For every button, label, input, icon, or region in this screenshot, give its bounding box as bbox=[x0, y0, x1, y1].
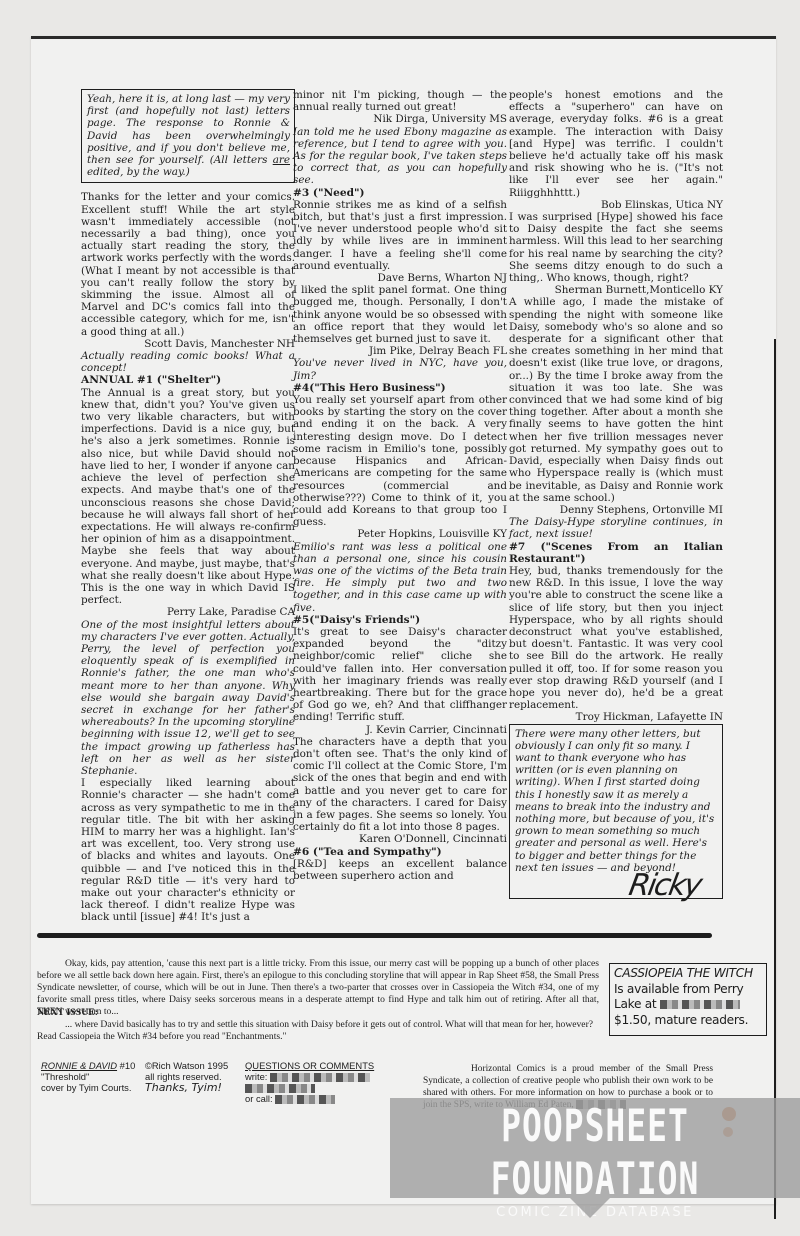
closing-text: There were many other letters, but obvio… bbox=[515, 728, 714, 874]
letter: I was surprised [Hype] showed his face t… bbox=[509, 211, 723, 284]
next-issue-heading: NEXT ISSUE: bbox=[37, 1007, 98, 1018]
book-title: RONNIE & DAVID bbox=[41, 1060, 117, 1071]
issue-heading: ANNUAL #1 ("Shelter") bbox=[81, 374, 295, 386]
watermark-title: POOPSHEET FOUNDATION bbox=[390, 1099, 800, 1204]
thanks-note: Thanks, Tyim! bbox=[145, 1082, 255, 1093]
letter-signature: Denny Stephens, Ortonville MI bbox=[509, 504, 723, 516]
letter: It's great to see Daisy's character expa… bbox=[293, 626, 507, 724]
redacted-address bbox=[245, 1084, 315, 1093]
cassiopeia-ad-box: CASSIOPEIA THE WITCH Is available from P… bbox=[609, 963, 767, 1036]
letter-signature: Troy Hickman, Lafayette IN bbox=[509, 711, 723, 723]
intro-box: Yeah, here it is, at long last — my very… bbox=[81, 89, 295, 183]
closing-box: There were many other letters, but obvio… bbox=[509, 724, 723, 900]
letter-signature: Karen O'Donnell, Cincinnati bbox=[293, 833, 507, 845]
ad-line: Lake at bbox=[614, 997, 656, 1011]
editor-reply: Actually reading comic books! What a con… bbox=[81, 350, 295, 374]
letter: [R&D] keeps an excellent balance between… bbox=[293, 858, 507, 882]
redacted-address bbox=[270, 1073, 370, 1082]
ad-address-line: Lake at bbox=[614, 997, 762, 1013]
editor-reply: You've never lived in NYC, have you, Jim… bbox=[293, 357, 507, 381]
letter-signature: Perry Lake, Paradise CA bbox=[81, 606, 295, 618]
credits-copyright: ©Rich Watson 1995 all rights reserved. T… bbox=[145, 1060, 255, 1093]
letter: The characters have a depth that you don… bbox=[293, 736, 507, 834]
letter: The Annual is a great story, but you kne… bbox=[81, 387, 295, 607]
credits-title: RONNIE & DAVID #10 "Threshold" cover by … bbox=[41, 1060, 151, 1093]
letter: Hey, bud, thanks tremendously for the ne… bbox=[509, 565, 723, 711]
zine-page: Yeah, here it is, at long last — my very… bbox=[31, 36, 776, 1204]
letter: A whille ago, I made the mistake of spen… bbox=[509, 296, 723, 503]
issue-heading: #7 ("Scenes From an Italian Restaurant") bbox=[509, 541, 723, 565]
letter: I liked the split panel format. One thin… bbox=[293, 284, 507, 345]
divider-rule bbox=[37, 933, 712, 938]
ad-line: Is available from Perry bbox=[614, 982, 762, 998]
letter: I especially liked learning about Ronnie… bbox=[81, 777, 295, 923]
letter-signature: Bob Elinskas, Utica NY bbox=[509, 199, 723, 211]
letter-signature: Scott Davis, Manchester NH bbox=[81, 338, 295, 350]
page-edge bbox=[774, 339, 776, 1219]
editor-signature: Ricky bbox=[514, 880, 719, 892]
letter: You really set yourself apart from other… bbox=[293, 394, 507, 528]
editor-reply: The Daisy-Hype storyline continues, in f… bbox=[509, 516, 723, 540]
column-1: Yeah, here it is, at long last — my very… bbox=[81, 89, 295, 924]
letter-signature: Jim Pike, Delray Beach FL bbox=[293, 345, 507, 357]
issue-heading: #6 ("Tea and Sympathy") bbox=[293, 846, 507, 858]
credits-contact: QUESTIONS OR COMMENTS write: or call: bbox=[245, 1060, 395, 1104]
copyright: ©Rich Watson 1995 bbox=[145, 1060, 255, 1071]
letter-signature: J. Kevin Carrier, Cincinnati bbox=[293, 724, 507, 736]
write-label: write: bbox=[245, 1071, 267, 1082]
column-3: people's honest emotions and the effects… bbox=[509, 89, 723, 907]
intro-text-end: edited, by the way.) bbox=[87, 166, 190, 178]
ad-title: CASSIOPEIA THE WITCH bbox=[614, 966, 762, 982]
storyline-note: Okay, kids, pay attention, 'cause this n… bbox=[37, 958, 599, 1018]
issue-heading: #4("This Hero Business") bbox=[293, 382, 507, 394]
ad-price: $1.50, mature readers. bbox=[614, 1013, 762, 1029]
redacted-address bbox=[660, 1000, 740, 1009]
banner-pointer-icon bbox=[570, 1198, 610, 1218]
intro-emphasis: are bbox=[273, 154, 290, 166]
questions-heading: QUESTIONS OR COMMENTS bbox=[245, 1060, 395, 1071]
editor-reply: One of the most insightful letters about… bbox=[81, 619, 295, 778]
letter-signature: Sherman Burnett,Monticello KY bbox=[509, 284, 723, 296]
editor-reply: Ian told me he used Ebony magazine as re… bbox=[293, 126, 507, 187]
issue-heading: #5("Daisy's Friends") bbox=[293, 614, 507, 626]
issue-number: #10 bbox=[120, 1060, 136, 1071]
next-issue-text: ... where David basically has to try and… bbox=[37, 1019, 597, 1043]
call-label: or call: bbox=[245, 1093, 273, 1104]
story-title: "Threshold" bbox=[41, 1071, 151, 1082]
issue-heading: #3 ("Need") bbox=[293, 187, 507, 199]
letter: Ronnie strikes me as kind of a selfish b… bbox=[293, 199, 507, 272]
cover-credit: cover by Tyim Courts. bbox=[41, 1082, 151, 1093]
intro-text: Yeah, here it is, at long last — my very… bbox=[87, 93, 290, 166]
redacted-phone bbox=[275, 1095, 335, 1104]
letter: people's honest emotions and the effects… bbox=[509, 89, 723, 199]
column-2: minor nit I'm picking, though — the annu… bbox=[293, 89, 507, 882]
letter-signature: Peter Hopkins, Louisville KY bbox=[293, 528, 507, 540]
editor-reply: Emilio's rant was less a political one t… bbox=[293, 541, 507, 614]
letter-signature: Nik Dirga, University MS bbox=[293, 113, 507, 125]
letter: Thanks for the letter and your comics. E… bbox=[81, 191, 295, 337]
watermark-banner: POOPSHEET FOUNDATION COMIC ZINE DATABASE bbox=[390, 1098, 800, 1198]
letter: minor nit I'm picking, though — the annu… bbox=[293, 89, 507, 113]
letter-signature: Dave Berns, Wharton NJ bbox=[293, 272, 507, 284]
